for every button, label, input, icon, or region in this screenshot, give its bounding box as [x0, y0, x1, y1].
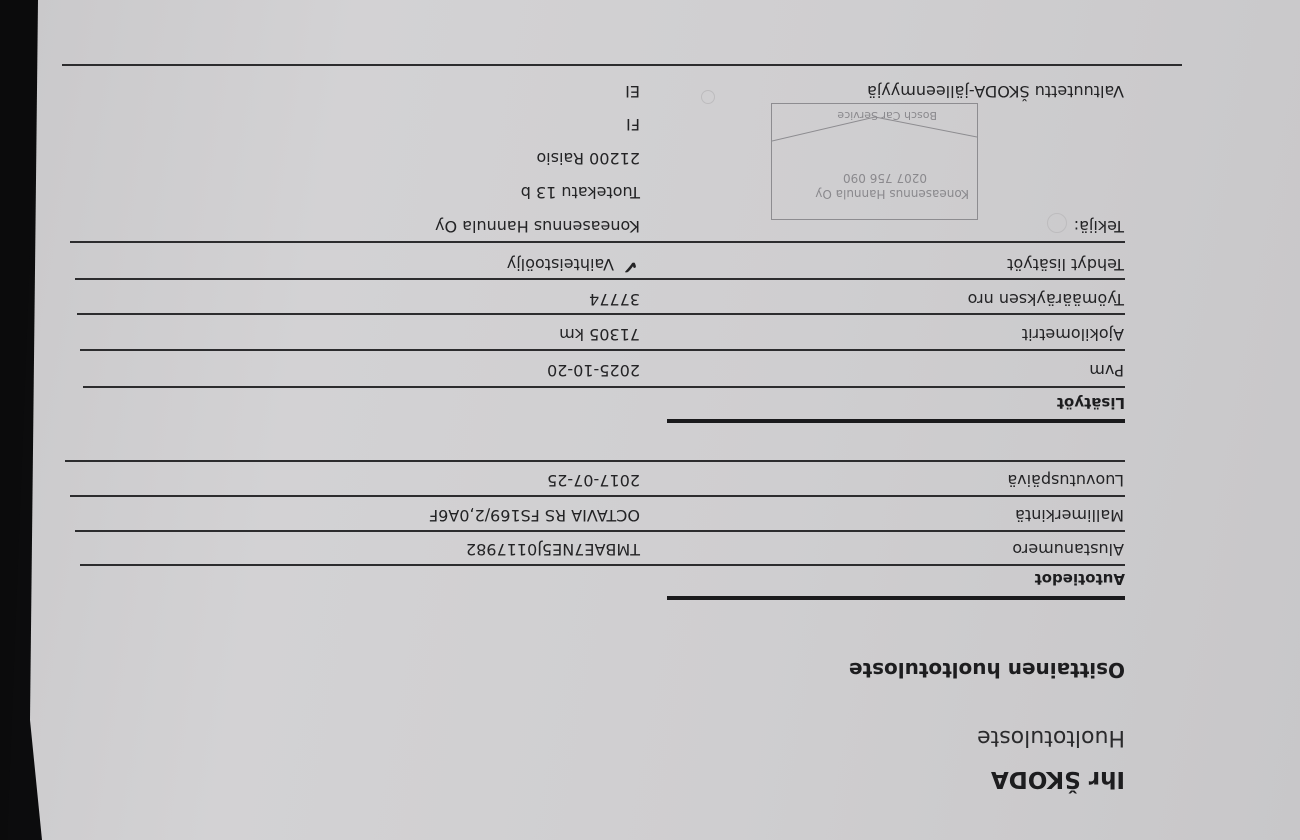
- divider: [70, 495, 1125, 497]
- section-title-extra-work: Lisätyöt: [1057, 394, 1125, 412]
- stamp-company: Koneasennus Hannula Oy: [815, 187, 969, 201]
- value-mileage: 71305 km: [559, 325, 640, 344]
- smudge: [701, 90, 715, 104]
- label-chassis-number: Alustanumero: [1012, 540, 1124, 559]
- divider: [75, 530, 1125, 532]
- brand-title: Ihr ŠKODA: [991, 766, 1125, 792]
- stamp-brand: Bosch Car Service: [837, 109, 937, 122]
- value-work-order: 37774: [589, 290, 640, 309]
- divider: [70, 241, 1125, 243]
- label-mileage: Ajokilometrit: [1022, 325, 1124, 344]
- label-date: Pvm: [1089, 361, 1124, 380]
- section-bar: [667, 419, 1125, 423]
- value-extra-work-done: Vaihteistoöljy: [507, 255, 614, 274]
- label-maker: Tekijä:: [1074, 217, 1124, 236]
- label-model: Mallimerkintä: [1015, 506, 1124, 525]
- label-work-order: Työmääräyksen nro: [968, 290, 1124, 309]
- dealer-stamp: Koneasennus Hannula Oy 0207 756 090 Bosc…: [771, 103, 978, 220]
- label-authorized-dealer: Valtuutettu ŠKODA-jälleenmyyjä: [867, 82, 1124, 101]
- section-bar: [667, 596, 1125, 600]
- value-model: OCTAVIA RS FS169/2,0A6F: [429, 506, 640, 525]
- maker-street: Tuotekatu 13 b: [521, 183, 640, 202]
- checkmark-icon: ✔: [623, 256, 638, 277]
- section-title-car-info: Autotiedot: [1035, 570, 1125, 588]
- photo-of-document: Ihr ŠKODA Huoltotuloste Osittainen huolt…: [0, 0, 1300, 840]
- divider: [77, 313, 1125, 315]
- document-subtitle: Huoltotuloste: [977, 725, 1125, 750]
- document-heading: Osittainen huoltotuloste: [849, 658, 1125, 682]
- paper-sheet: Ihr ŠKODA Huoltotuloste Osittainen huolt…: [0, 0, 1300, 840]
- value-date: 2025-10-20: [547, 361, 640, 380]
- maker-name: Koneasennus Hannula Oy: [435, 217, 640, 236]
- value-authorized-dealer: EI: [625, 82, 640, 101]
- value-delivery-date: 2017-07-25: [547, 471, 640, 490]
- divider: [83, 386, 1125, 388]
- stamp-phone: 0207 756 090: [843, 171, 927, 185]
- value-chassis-number: TMBAE7NE5J0117982: [466, 540, 640, 559]
- divider: [65, 460, 1125, 462]
- label-delivery-date: Luovutuspäivä: [1007, 471, 1124, 490]
- divider: [80, 564, 1125, 566]
- divider: [75, 278, 1125, 280]
- maker-country: FI: [626, 115, 640, 134]
- label-extra-work-done: Tehdyt lisätyöt: [1007, 255, 1124, 274]
- divider: [62, 64, 1182, 66]
- smudge: [1047, 213, 1067, 233]
- divider: [80, 349, 1125, 351]
- maker-postal: 21200 Raisio: [536, 149, 640, 168]
